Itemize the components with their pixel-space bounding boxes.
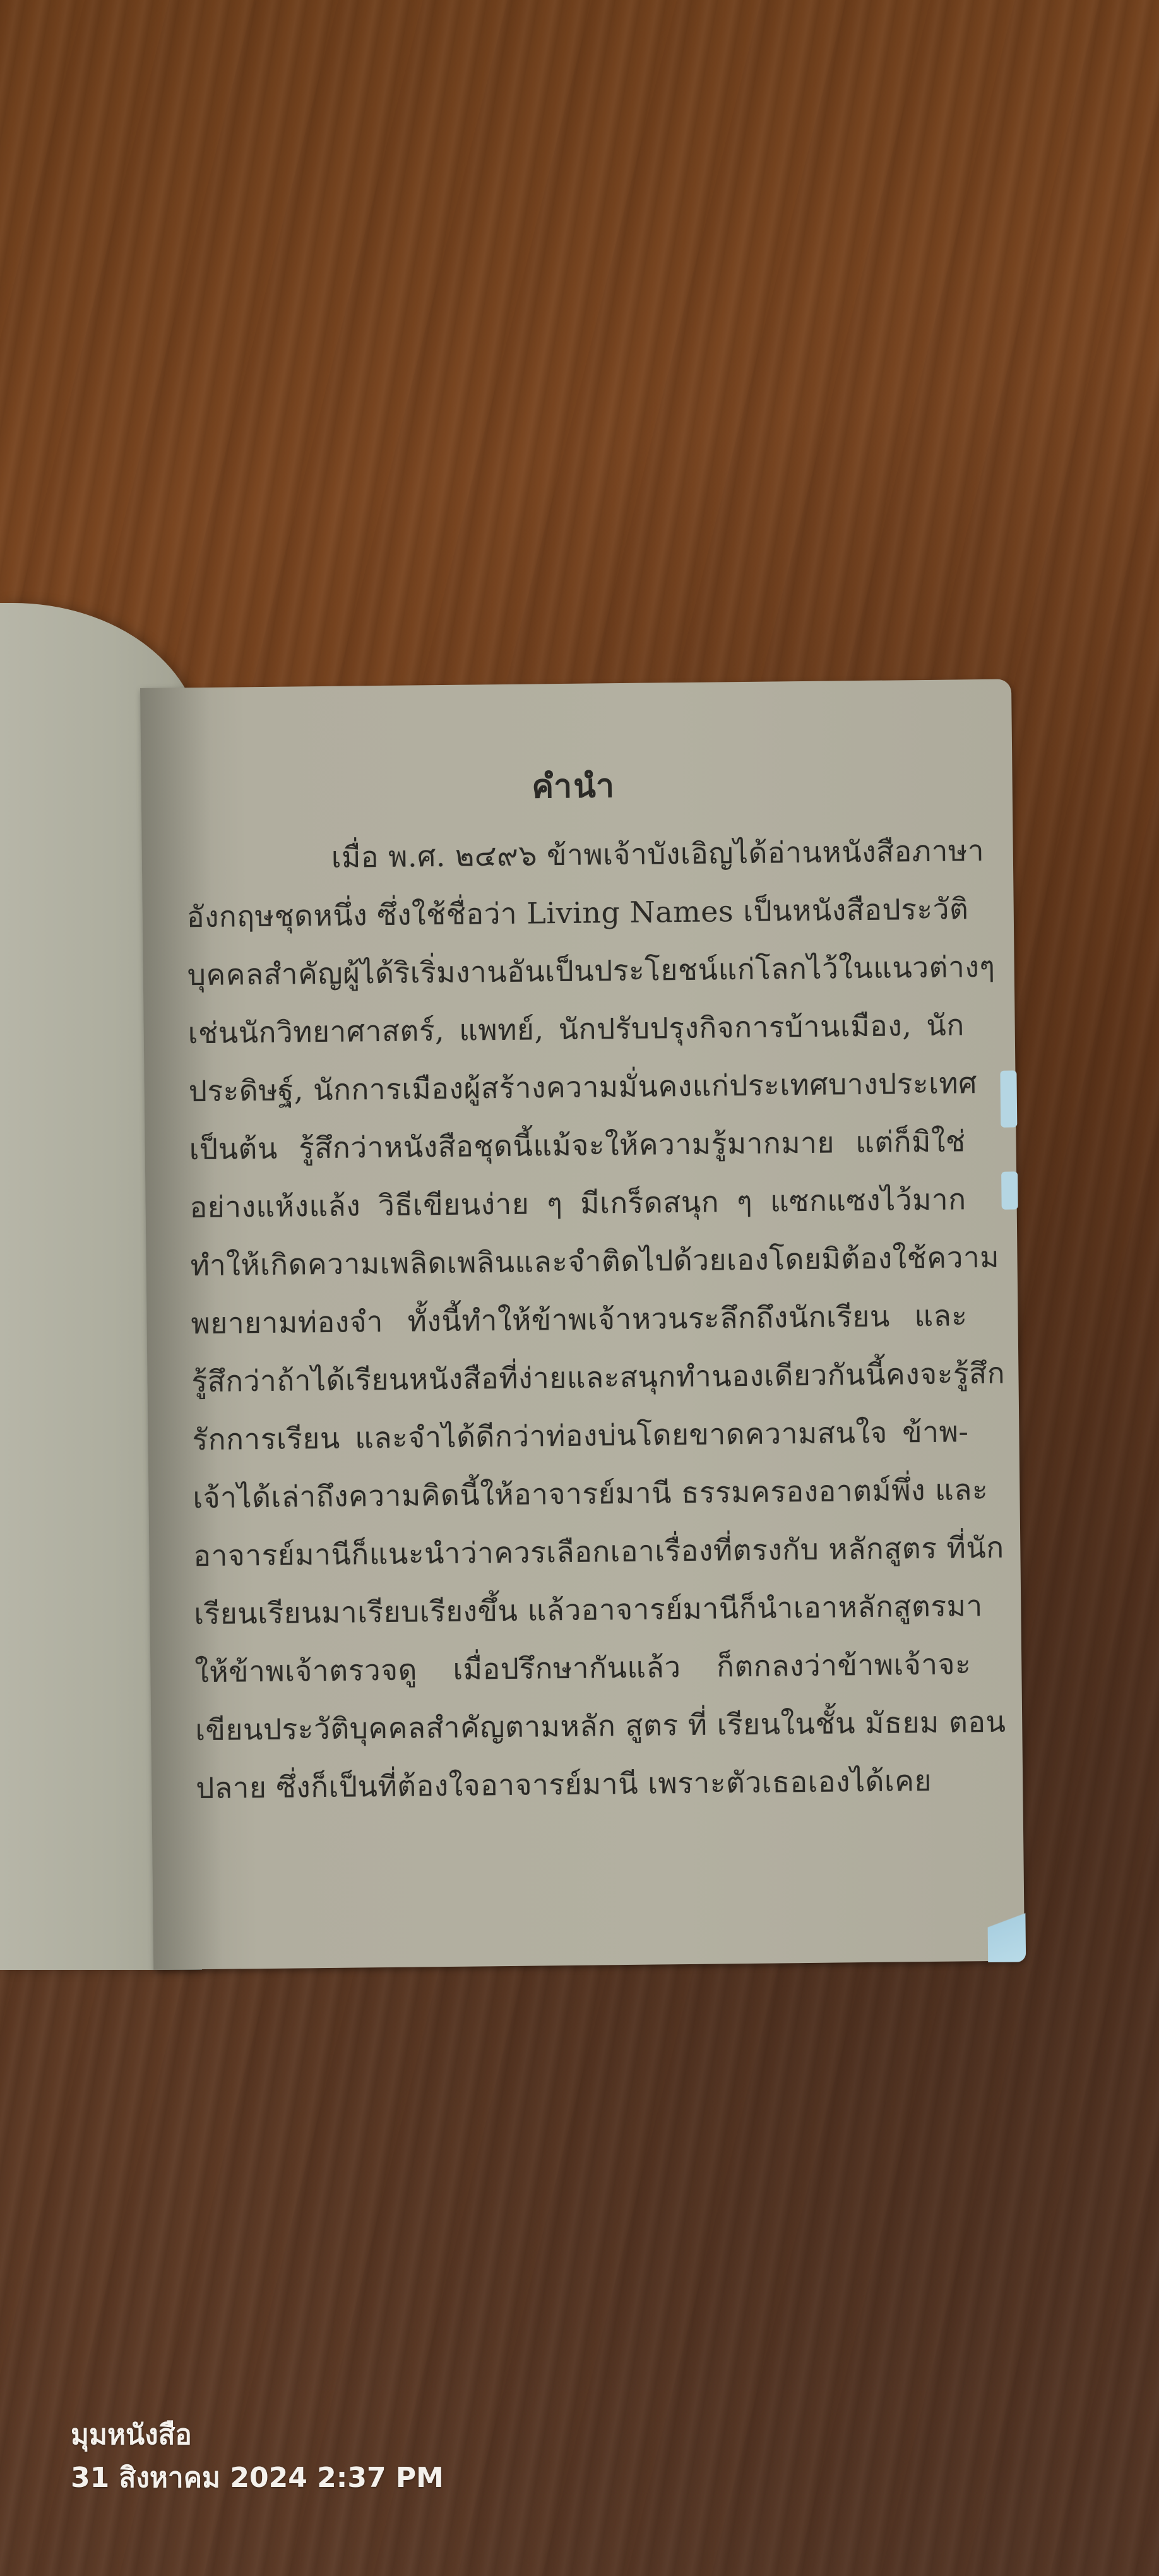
text-line: เจ้าได้เล่าถึงความคิดนี้ให้อาจารย์มานี ธ… <box>193 1460 970 1527</box>
page-title: คำนำ <box>185 755 962 816</box>
text-line: พยายามท่องจำ ทั้งนี้ทำให้ข้าพเจ้าหวนระลึ… <box>191 1286 968 1352</box>
right-book-page: คำนำ เมื่อ พ.ศ. ๒๔๙๖ ข้าพเจ้าบังเอิญได้อ… <box>140 679 1025 1970</box>
torn-page-corner <box>987 1886 1026 1962</box>
page-text-block: คำนำ เมื่อ พ.ศ. ๒๔๙๖ ข้าพเจ้าบังเอิญได้อ… <box>185 755 972 1817</box>
text-line: ทำให้เกิดความเพลิดเพลินและจำติดไปด้วยเอง… <box>190 1228 967 1294</box>
text-line: ปลาย ซึ่งก็เป็นที่ต้องใจอาจารย์มานี เพรา… <box>196 1751 973 1817</box>
watermark-title: มุมหนังสือ <box>71 2415 444 2455</box>
text-line: ให้ข้าพเจ้าตรวจดู เมื่อปรึกษากันแล้ว ก็ต… <box>194 1635 972 1701</box>
torn-edge-mark <box>1001 1171 1018 1209</box>
text-line: บุคคลสำคัญผู้ได้ริเริ่มงานอันเป็นประโยชน… <box>187 938 964 1004</box>
text-line: อาจารย์มานีก็แนะนำว่าควรเลือกเอาเรื่องที… <box>193 1518 970 1585</box>
text-line: เช่นนักวิทยาศาสตร์, แพทย์, นักปรับปรุงกิ… <box>187 996 965 1062</box>
watermark-datetime: 31 สิงหาคม 2024 2:37 PM <box>71 2455 444 2501</box>
text-line: เมื่อ พ.ศ. ๒๔๙๖ ข้าพเจ้าบังเอิญได้อ่านหน… <box>186 821 963 888</box>
text-line: อย่างแห้งแล้ง วิธีเขียนง่าย ๆ มีเกร็ดสนุ… <box>189 1170 966 1236</box>
photo-watermark: มุมหนังสือ 31 สิงหาคม 2024 2:37 PM <box>71 2415 444 2501</box>
text-line: รักการเรียน และจำได้ดีกว่าท่องบ่นโดยขาดค… <box>192 1402 969 1469</box>
torn-edge-mark <box>1000 1070 1017 1127</box>
text-line: เรียนเรียนมาเรียบเรียงขึ้น แล้วอาจารย์มา… <box>194 1577 971 1643</box>
text-line: เป็นต้น รู้สึกว่าหนังสือชุดนี้แม้จะให้คว… <box>189 1112 966 1178</box>
text-line: รู้สึกว่าถ้าได้เรียนหนังสือที่ง่ายและสนุ… <box>191 1344 968 1410</box>
text-line: ประดิษฐ์, นักการเมืองผู้สร้างความมั่นคงแ… <box>188 1054 965 1120</box>
text-line: อังกฤษชุดหนึ่ง ซึ่งใช้ชื่อว่า Living Nam… <box>186 880 963 946</box>
text-line: เขียนประวัติบุคคลสำคัญตามหลัก สูตร ที่ เ… <box>195 1693 972 1759</box>
